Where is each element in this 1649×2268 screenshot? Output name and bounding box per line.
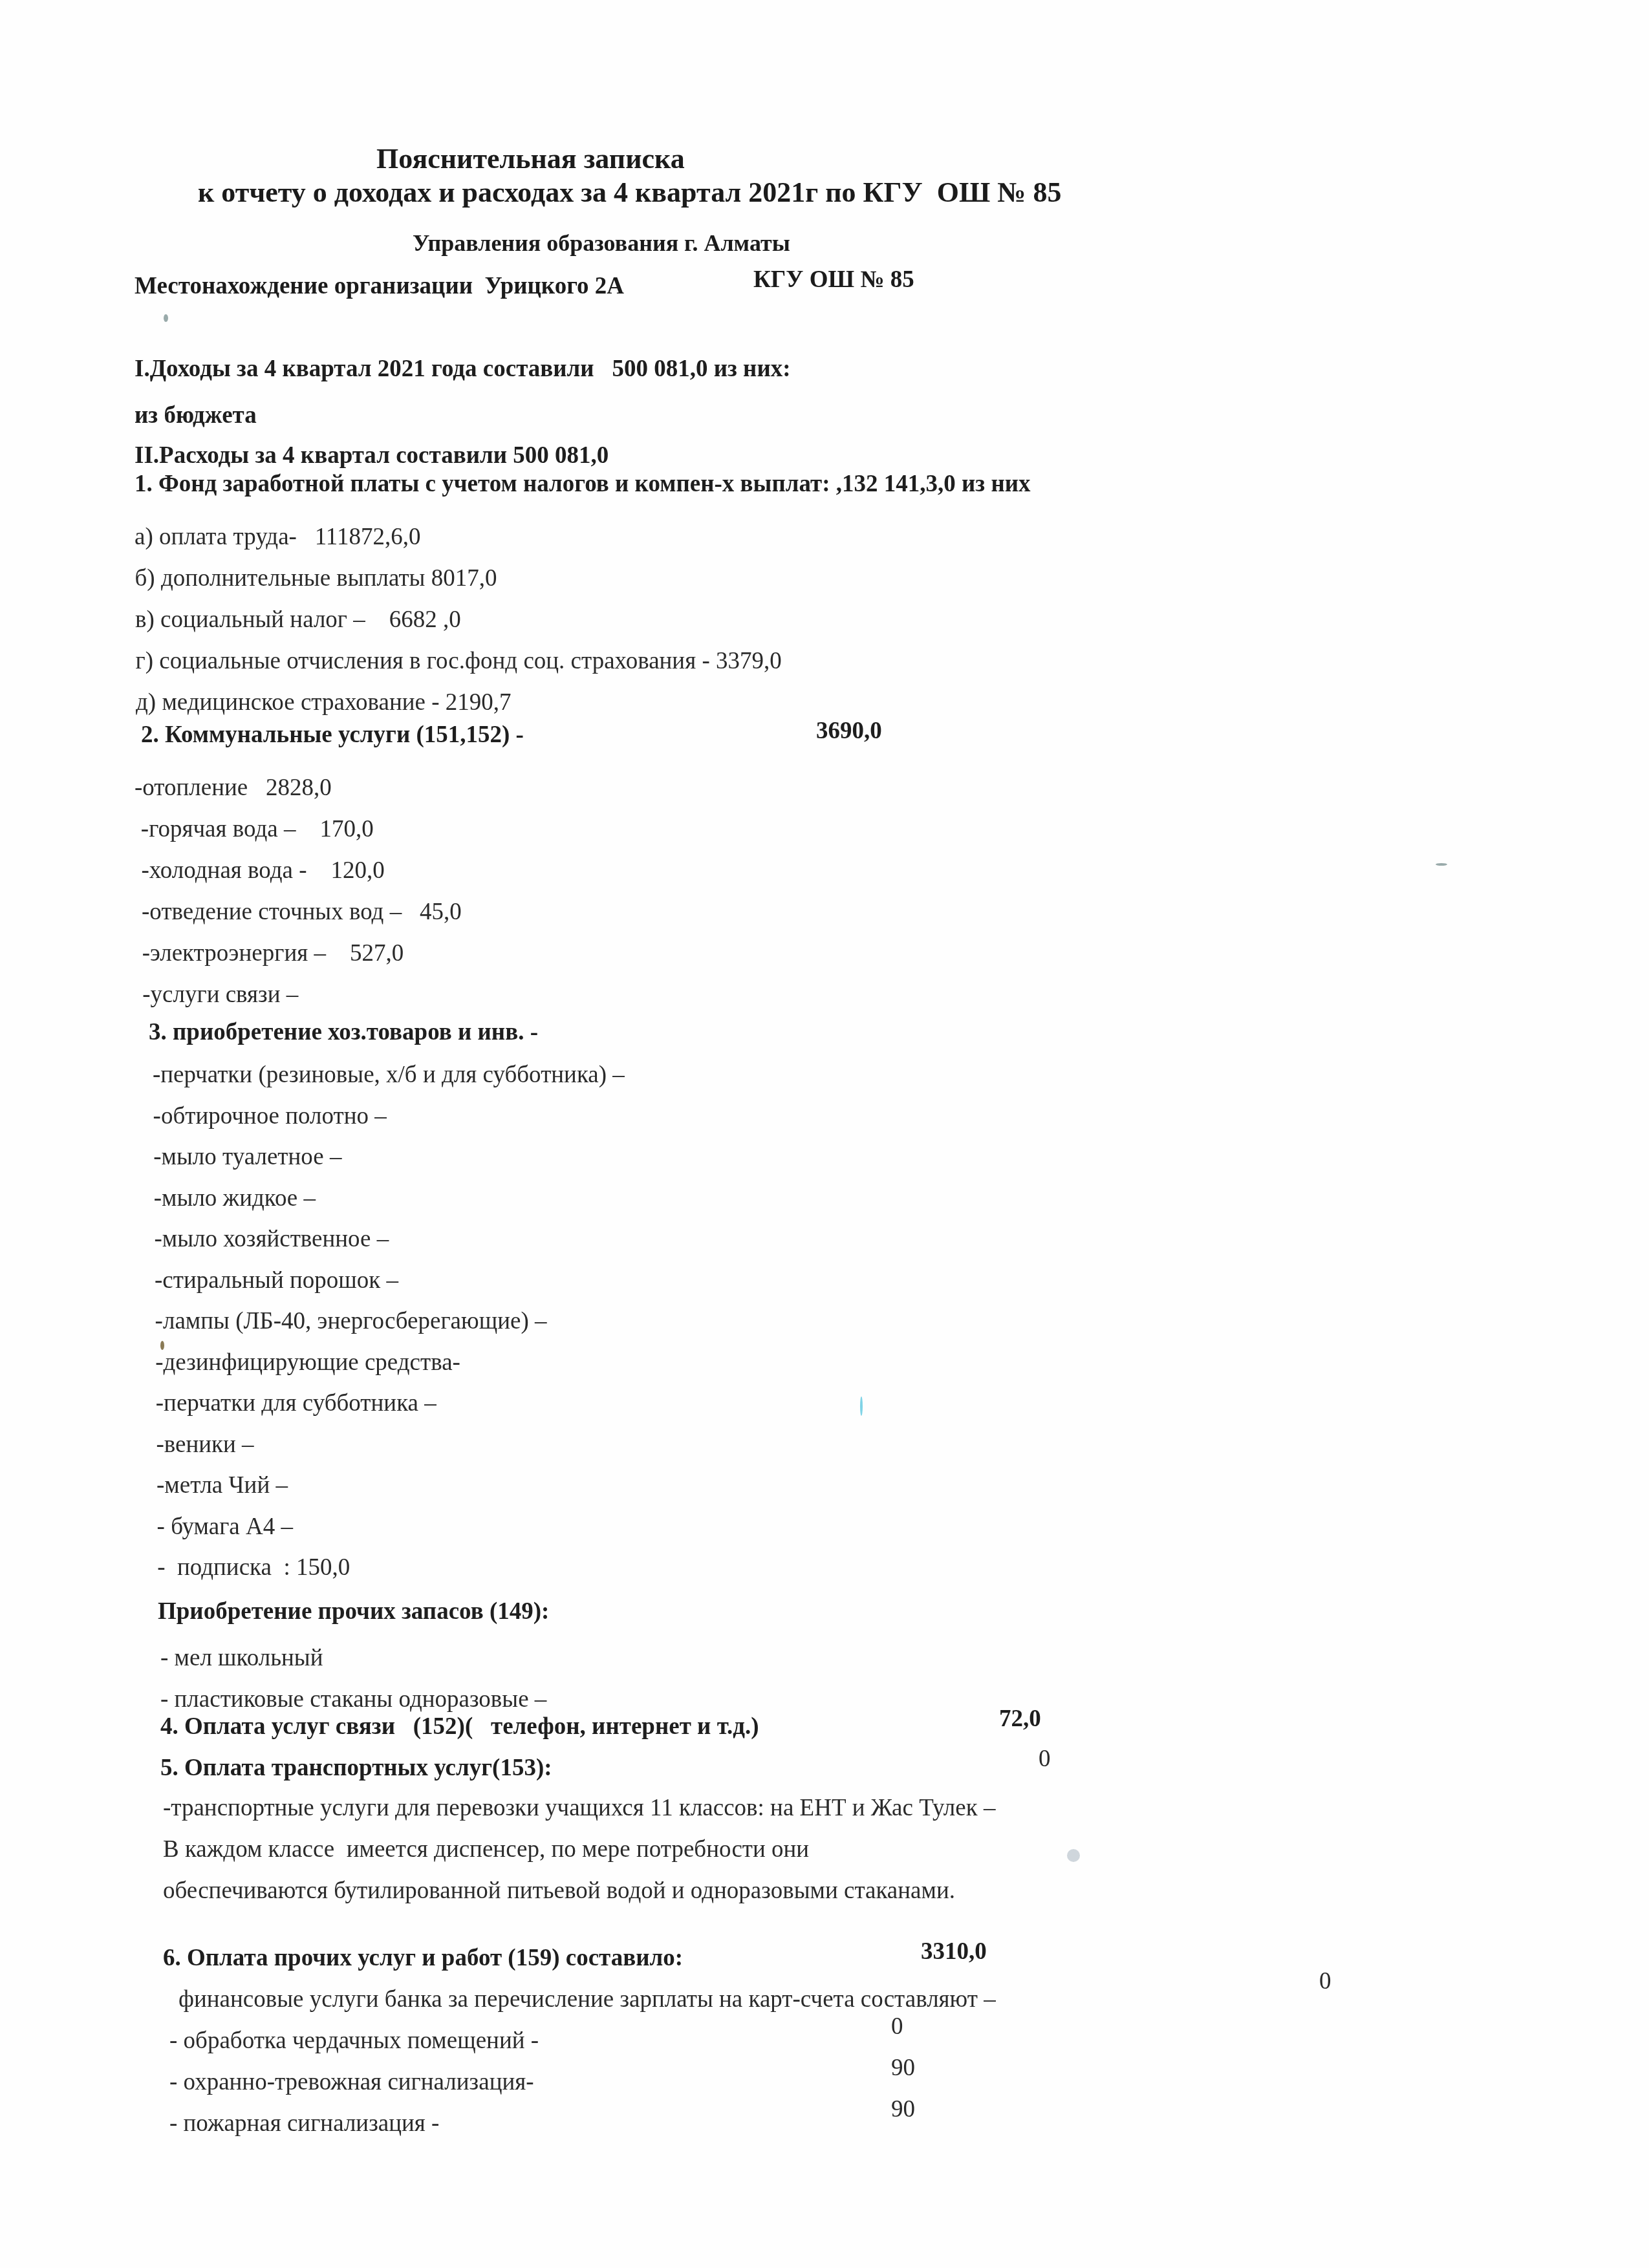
scan-speck	[164, 314, 168, 322]
section3-item: -дезинфицирующие средства-	[155, 1351, 460, 1375]
section3-item: -мыло туалетное –	[153, 1145, 341, 1169]
section6-item-value: 0	[891, 2015, 903, 2038]
section6-item-label: - обработка чердачных помещений -	[169, 2029, 539, 2053]
section6-item-value: 90	[891, 2097, 915, 2121]
department-name: Управления образования г. Алматы	[413, 231, 790, 255]
section2-heading: 2. Коммунальные услуги (151,152) -	[141, 723, 524, 747]
section3-item: -перчатки (резиновые, х/б и для субботни…	[153, 1063, 625, 1087]
section3-heading: 3. приобретение хоз.товаров и инв. -	[149, 1020, 538, 1044]
section1-item: б) дополнительные выплаты 8017,0	[135, 566, 497, 590]
section6-total: 3310,0	[921, 1940, 987, 1963]
section2-total: 3690,0	[816, 719, 882, 743]
section2-item: -услуги связи –	[136, 983, 298, 1007]
section3-item: -обтирочное полотно –	[153, 1104, 387, 1128]
section3-item: - бумага А4 –	[157, 1515, 293, 1539]
section6-item-value: 0	[1319, 1969, 1331, 1993]
section5-total: 0	[1039, 1747, 1051, 1771]
section6-item-value: 90	[891, 2056, 915, 2080]
scanned-page: Пояснительная записка к отчету о доходах…	[0, 0, 1649, 2268]
section2-item: -холодная вода - 120,0	[135, 859, 385, 883]
scan-speck	[1436, 863, 1447, 866]
section3-item: -мыло жидкое –	[154, 1186, 316, 1210]
section4-heading: 4. Оплата услуг связи (152)( телефон, ин…	[160, 1715, 759, 1738]
income-source: из бюджета	[135, 403, 257, 427]
other-stock-item: - мел школьный	[160, 1646, 323, 1670]
section5-heading: 5. Оплата транспортных услуг(153):	[160, 1756, 552, 1780]
section4-total: 72,0	[999, 1707, 1041, 1731]
section6-item-label: - охранно-тревожная сигнализация-	[169, 2070, 534, 2094]
section5-line: -транспортные услуги для перевозки учащи…	[163, 1796, 995, 1820]
section1-item: д) медицинское страхование - 2190,7	[136, 690, 511, 714]
section1-heading: 1. Фонд заработной платы с учетом налого…	[135, 472, 1031, 496]
section6-item-label: - пожарная сигнализация -	[169, 2112, 439, 2135]
section3-item: -веники –	[156, 1433, 253, 1457]
section3-item: -метла Чий –	[156, 1473, 288, 1497]
document-title: Пояснительная записка	[376, 145, 685, 173]
org-name: КГУ ОШ № 85	[753, 268, 914, 292]
scan-speck	[860, 1396, 863, 1416]
expenses-total-line: II.Расходы за 4 квартал составили 500 08…	[135, 444, 609, 467]
section3-item: -стиральный порошок –	[155, 1268, 398, 1292]
section6-item-label: финансовые услуги банка за перечисление …	[178, 1987, 996, 2011]
income-total-line: I.Доходы за 4 квартал 2021 года составил…	[135, 357, 791, 381]
section3-item: -мыло хозяйственное –	[154, 1227, 389, 1251]
section5-line: обеспечиваются бутилированной питьевой в…	[163, 1879, 955, 1903]
section2-item: -горячая вода – 170,0	[135, 817, 374, 841]
scan-speck	[1067, 1849, 1080, 1862]
section1-item: в) социальный налог – 6682 ,0	[135, 608, 461, 632]
location-label: Местонахождение организации Урицкого 2А	[135, 274, 624, 298]
section5-line: В каждом классе имеется диспенсер, по ме…	[163, 1837, 809, 1861]
section1-item: г) социальные отчисления в гос.фонд соц.…	[136, 649, 782, 673]
other-stock-heading: Приобретение прочих запасов (149):	[158, 1599, 549, 1623]
other-stock-item: - пластиковые стаканы одноразовые –	[160, 1687, 546, 1711]
section3-item: - подписка : 150,0	[157, 1556, 350, 1579]
section3-item: -перчатки для субботника –	[156, 1391, 436, 1415]
section1-item: а) оплата труда- 111872,6,0	[135, 525, 420, 549]
section2-item: -электроэнергия – 527,0	[136, 941, 404, 965]
document-subtitle: к отчету о доходах и расходах за 4 кварт…	[198, 178, 1062, 207]
section2-item: -отопление 2828,0	[135, 776, 332, 800]
scan-speck	[160, 1341, 164, 1350]
section3-item: -лампы (ЛБ-40, энергосберегающие) –	[155, 1309, 547, 1333]
section2-item: -отведение сточных вод – 45,0	[136, 900, 462, 924]
section6-heading: 6. Оплата прочих услуг и работ (159) сос…	[163, 1946, 683, 1970]
